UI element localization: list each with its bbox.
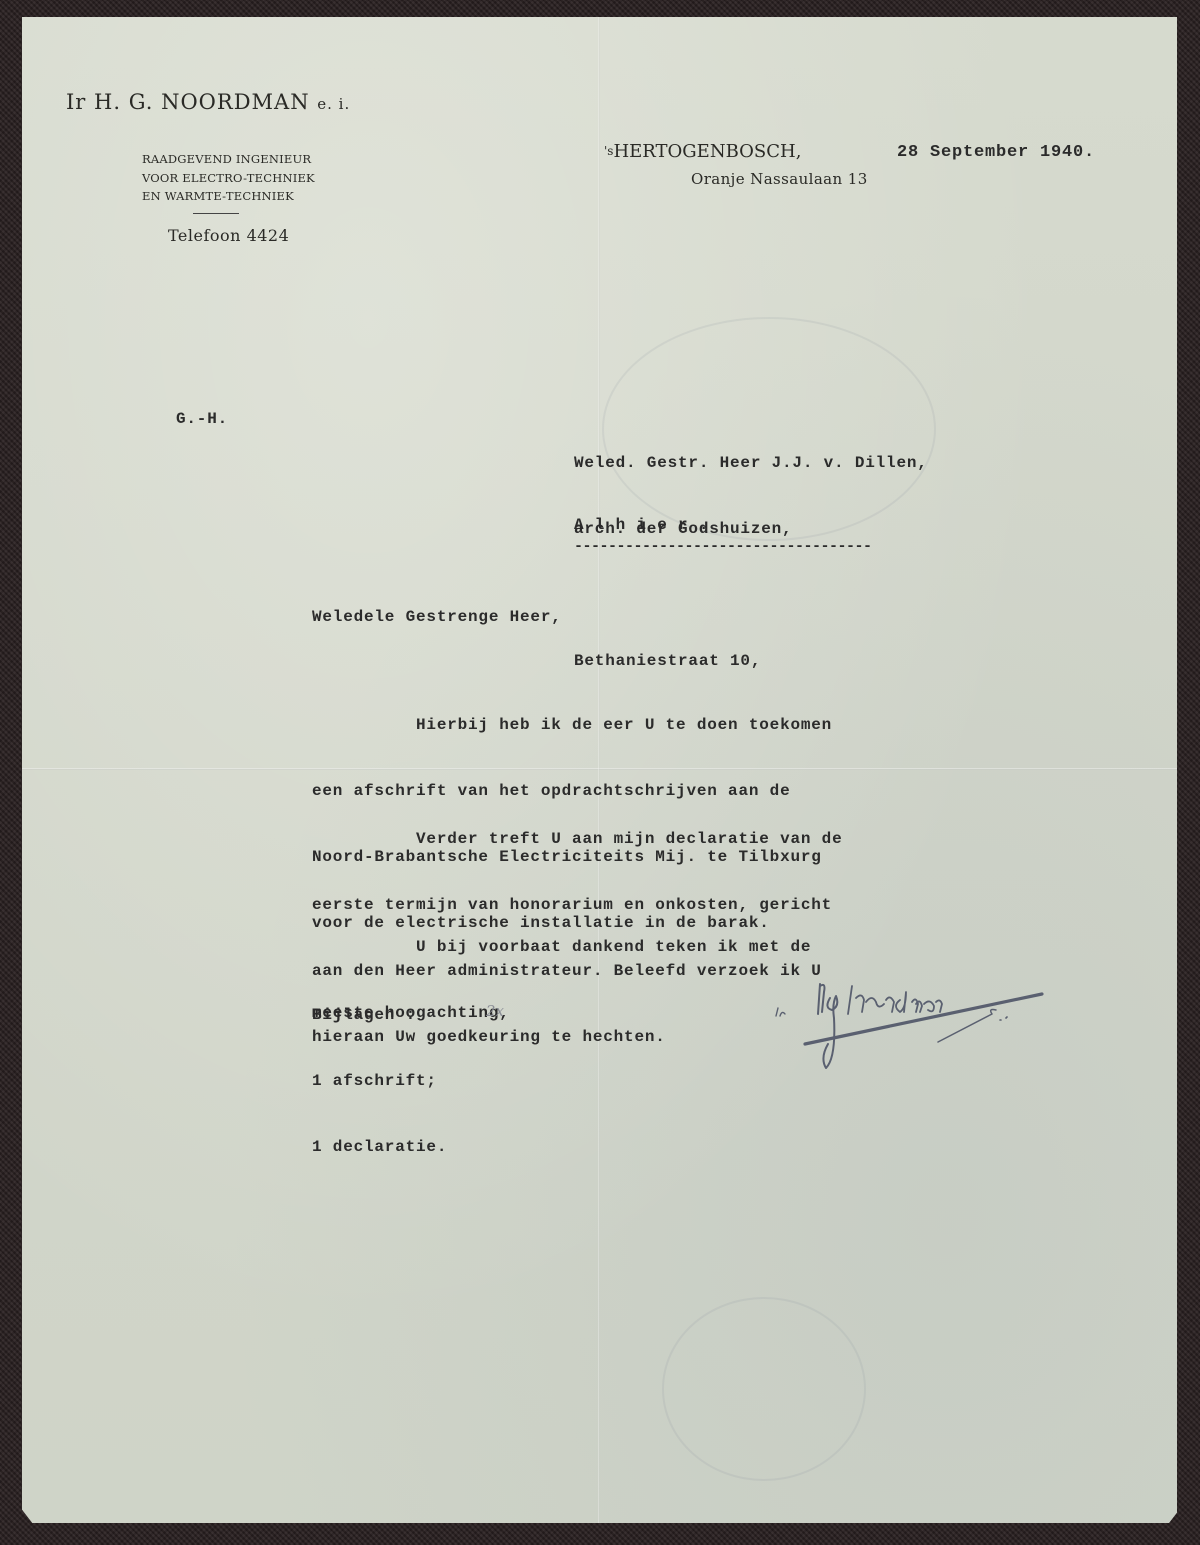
- enclosures-heading: Bijlagen :: [312, 1004, 447, 1026]
- body-line: Verder treft U aan mijn declaratie van d…: [312, 828, 842, 850]
- recipient-street: Bethaniestraat 10,: [574, 650, 928, 672]
- subtitle-line: VOOR ELECTRO-TECHNIEK: [142, 169, 315, 188]
- enclosure-item: 1 declaratie.: [312, 1136, 447, 1158]
- letterhead-subtitle: RAADGEVEND INGENIEUR VOOR ELECTRO-TECHNI…: [142, 150, 315, 206]
- letterhead-divider: [193, 213, 239, 214]
- letter-date: 28 September 1940.: [897, 142, 1095, 164]
- recipient-locality: A l h i e r .: [574, 514, 709, 536]
- letterhead-name: Ir H. G. NOORDMAN e. i.: [66, 90, 350, 114]
- letterhead-city: 'sHERTOGENBOSCH,: [604, 141, 801, 162]
- recipient-underline: -----------------------------------: [574, 536, 872, 558]
- handwritten-note: 2x: [486, 1002, 504, 1020]
- bleed-through-mark: [662, 1297, 866, 1481]
- salutation: Weledele Gestrenge Heer,: [312, 606, 562, 628]
- name-suffix: e. i.: [317, 95, 350, 113]
- body-line: Hierbij heb ik de eer U te doen toekomen: [312, 714, 832, 736]
- enclosures-block: Bijlagen : 1 afschrift; 1 declaratie.: [312, 960, 447, 1180]
- subtitle-line: EN WARMTE-TECHNIEK: [142, 187, 315, 206]
- subtitle-line: RAADGEVEND INGENIEUR: [142, 150, 315, 169]
- letterhead-address: Oranje Nassaulaan 13: [691, 170, 868, 188]
- letterhead-phone: Telefoon 4424: [168, 226, 289, 245]
- engineer-name: H. G. NOORDMAN: [94, 90, 310, 114]
- reference-code: G.-H.: [176, 408, 228, 430]
- enclosure-item: 1 afschrift;: [312, 1070, 447, 1092]
- city-name: HERTOGENBOSCH,: [613, 141, 801, 162]
- body-line: U bij voorbaat dankend teken ik met de: [312, 936, 811, 958]
- recipient-name: Weled. Gestr. Heer J.J. v. Dillen,: [574, 452, 928, 474]
- title-prefix: Ir: [66, 90, 86, 114]
- signature-icon: [760, 978, 1070, 1078]
